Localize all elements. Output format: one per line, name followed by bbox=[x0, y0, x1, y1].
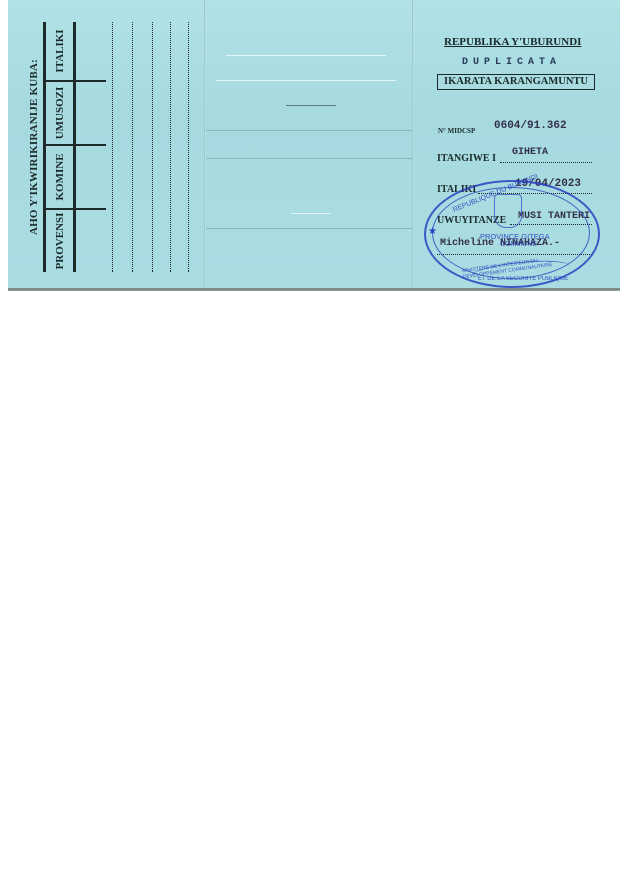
coat-of-arms-icon bbox=[494, 194, 522, 228]
number-prefix: N° bbox=[438, 127, 446, 135]
column-divider bbox=[46, 144, 106, 146]
entry-line bbox=[170, 22, 171, 272]
column-umusozi: UMUSOZI bbox=[46, 82, 73, 144]
table-title: AHO Y'IKWIRIKIRANIJE KUBA: bbox=[28, 22, 40, 272]
entry-line bbox=[112, 22, 113, 272]
registration-table: AHO Y'IKWIRIKIRANIJE KUBA: PROVENSI KOMI… bbox=[28, 22, 188, 272]
column-italiki: ITALIKI bbox=[46, 22, 73, 80]
number-label-text: MIDCSP bbox=[448, 127, 476, 135]
fold-crease bbox=[206, 228, 412, 229]
stamp-province-text: PROVINCE GITEGA bbox=[480, 232, 550, 241]
star-icon: ★ bbox=[428, 226, 437, 237]
column-komine: KOMINE bbox=[46, 146, 73, 208]
column-divider bbox=[46, 208, 106, 210]
stamp-commune-text: COMMUNE bbox=[500, 241, 537, 248]
duplicate-label: DUPLICATA bbox=[462, 57, 561, 68]
entry-line bbox=[152, 22, 153, 272]
issued-at-label: ITANGIWE I bbox=[437, 153, 496, 164]
fold-crease bbox=[206, 130, 412, 131]
card-title: IKARATA KARANGAMUNTU bbox=[437, 74, 595, 90]
staple-mark bbox=[291, 213, 331, 214]
country-title: REPUBLIKA Y'UBURUNDI bbox=[444, 36, 581, 48]
issued-at-value: GIHETA bbox=[512, 147, 548, 158]
crease bbox=[226, 55, 386, 56]
middle-panel bbox=[206, 0, 412, 288]
table-rule bbox=[73, 22, 76, 272]
column-provensi: PROVENSI bbox=[46, 210, 73, 272]
dotted-line bbox=[500, 162, 592, 163]
number-value: 0604/91.362 bbox=[494, 120, 567, 132]
entry-line bbox=[132, 22, 133, 272]
entry-line bbox=[188, 22, 189, 272]
number-label: N° MIDCSP bbox=[438, 127, 475, 135]
staple-mark bbox=[286, 105, 336, 106]
fold-crease bbox=[206, 158, 412, 159]
crease bbox=[216, 80, 396, 81]
column-divider bbox=[46, 80, 106, 82]
